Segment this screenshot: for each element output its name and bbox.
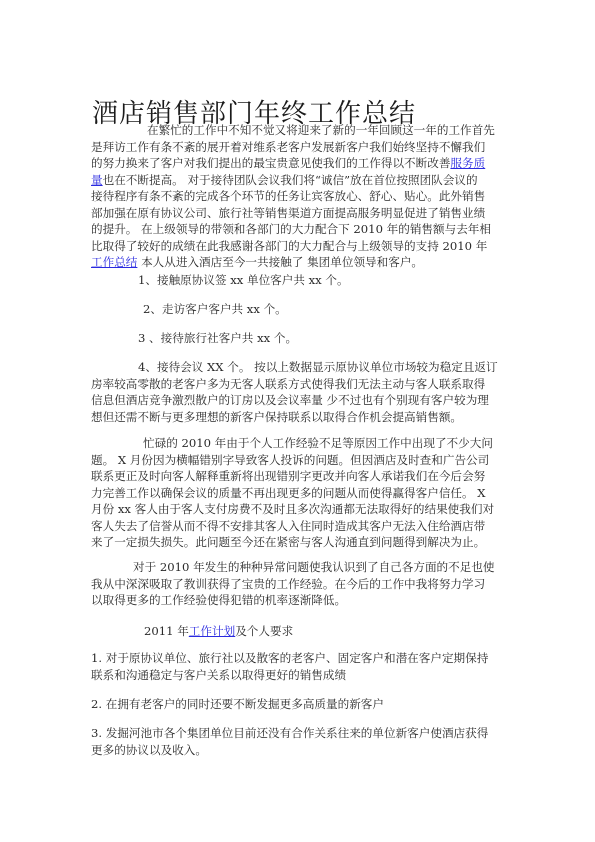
intro-paragraph: 在繁忙的工作中不知不觉又将迎来了新的一年回顾这一年的工作首先 是拜访工作有条不紊… (91, 122, 511, 271)
text-line: 更多的协议以及收入。 (91, 742, 511, 759)
plan-heading-suffix: 及个人要求 (235, 624, 293, 638)
text-line: 房率较高零散的老客户多为无客人联系方式使得我们无法主动与客人联系取得 (91, 376, 511, 393)
plan-item-2: 2. 在拥有老客户的同时还要不断发掘更多高质量的新客户 (91, 696, 511, 713)
text-segment: 的努力换来了客户对我们提出的最宝贵意见使我们的工作得以不断改善 (91, 156, 450, 170)
service-quality-link[interactable]: 服务质 (450, 156, 485, 170)
text-line: 比取得了较好的成绩在此我感谢各部门的大力配合与上级领导的支持 2010 年 (91, 238, 511, 255)
text-line: 4、接待会议 XX 个。 按以上数据显示原协议单位市场较为稳定且返订 (91, 359, 511, 376)
work-plan-link[interactable]: 工作计划 (189, 624, 235, 638)
text-segment: 本人从进入酒店至今一共接触了 集团单位领导和客户。 (137, 255, 423, 269)
text-line: 想但还需不断与更多理想的新客户保持联系以取得合作机会提高销售额。 (91, 409, 511, 426)
text-line: 我从中深深吸取了教训获得了宝贵的工作经验。在今后的工作中我将努力学习 (91, 576, 511, 593)
stat-item-2: 2、走访客户客户共 xx 个。 (143, 301, 287, 318)
text-line: 月份 xx 客人由于客人支付房费不及时且多次沟通都无法取得好的结果使我们对 (91, 501, 511, 518)
document-page: 酒店销售部门年终工作总结 在繁忙的工作中不知不觉又将迎来了新的一年回顾这一年的工… (0, 0, 595, 842)
problems-paragraph: 忙碌的 2010 年由于个人工作经验不足等原因工作中出现了不少大问 题。 X 月… (91, 435, 511, 551)
meetings-paragraph: 4、接待会议 XX 个。 按以上数据显示原协议单位市场较为稳定且返订 房率较高零… (91, 359, 511, 425)
text-line: 力完善工作以确保会议的质量不再出现更多的问题从而使得赢得客户信任。 X (91, 485, 511, 502)
stat-item-1: 1、接触原协议签 xx 单位客户共 xx 个。 (138, 272, 349, 289)
text-line: 是拜访工作有条不紊的展开着对维系老客户发展新客户我们始终坚持不懈我们 (91, 139, 511, 156)
text-line: 题。 X 月份因为横幅错别字导致客人投诉的问题。但因酒店及时查和广告公司 (91, 452, 511, 469)
text-line: 3. 发掘河池市各个集团单位目前还没有合作关系往来的单位新客户使酒店获得 (91, 725, 511, 742)
text-line: 联系更正及时向客人解释重新将出现错别字更改并向客人承诺我们在今后会努 (91, 468, 511, 485)
text-line: 对于 2010 年发生的种种异常问题使我认识到了自己各方面的不足也使 (91, 559, 511, 576)
plan-heading-prefix: 2011 年 (144, 624, 189, 638)
text-line: 的努力换来了客户对我们提出的最宝贵意见使我们的工作得以不断改善服务质 (91, 155, 511, 172)
text-line: 1. 对于原协议单位、旅行社以及散客的老客户、固定客户和潜在客户定期保持 (91, 650, 511, 667)
text-line: 来了一定损失损失。此问题至今还在紧密与客人沟通直到问题得到解决为止。 (91, 534, 511, 551)
text-line: 接待程序有条不紊的完成各个环节的任务让宾客放心、舒心、贴心。此外销售 (91, 188, 511, 205)
lessons-paragraph: 对于 2010 年发生的种种异常问题使我认识到了自己各方面的不足也使 我从中深深… (91, 559, 511, 609)
text-line: 量也在不断提高。 对于接待团队会议我们将“诚信”放在首位按照团队会议的 (91, 172, 511, 189)
text-line: 联系和沟通稳定与客户关系以取得更好的销售成绩 (91, 667, 511, 684)
service-quality-link-cont[interactable]: 量 (91, 173, 103, 187)
text-line: 的提升。 在上级领导的带领和各部门的大力配合下 2010 年的销售额与去年相 (91, 221, 511, 238)
stat-item-3: 3 、接待旅行社客户共 xx 个。 (138, 330, 297, 347)
text-line: 信息但酒店竞争激烈散户的订房以及会议率量 少不过也有个别现有客户较为理 (91, 392, 511, 409)
plan-item-1: 1. 对于原协议单位、旅行社以及散客的老客户、固定客户和潜在客户定期保持 联系和… (91, 650, 511, 683)
text-line: 忙碌的 2010 年由于个人工作经验不足等原因工作中出现了不少大问 (91, 435, 511, 452)
text-segment: 也在不断提高。 对于接待团队会议我们将“诚信”放在首位按照团队会议的 (103, 173, 478, 187)
plan-heading: 2011 年工作计划及个人要求 (144, 623, 293, 640)
text-line: 客人失去了信誉从而不得不安排其客人入住同时造成其客户无法入住给酒店带 (91, 518, 511, 535)
text-line: 部加强在原有协议公司、旅行社等销售渠道方面提高服务明显促进了销售业绩 (91, 205, 511, 222)
work-summary-link[interactable]: 工作总结 (91, 255, 137, 269)
text-line: 在繁忙的工作中不知不觉又将迎来了新的一年回顾这一年的工作首先 (91, 122, 511, 139)
text-line: 以取得更多的工作经验使得犯错的机率逐渐降低。 (91, 592, 511, 609)
text-line: 2. 在拥有老客户的同时还要不断发掘更多高质量的新客户 (91, 696, 511, 713)
plan-item-3: 3. 发掘河池市各个集团单位目前还没有合作关系往来的单位新客户使酒店获得 更多的… (91, 725, 511, 758)
text-line: 工作总结 本人从进入酒店至今一共接触了 集团单位领导和客户。 (91, 254, 511, 271)
